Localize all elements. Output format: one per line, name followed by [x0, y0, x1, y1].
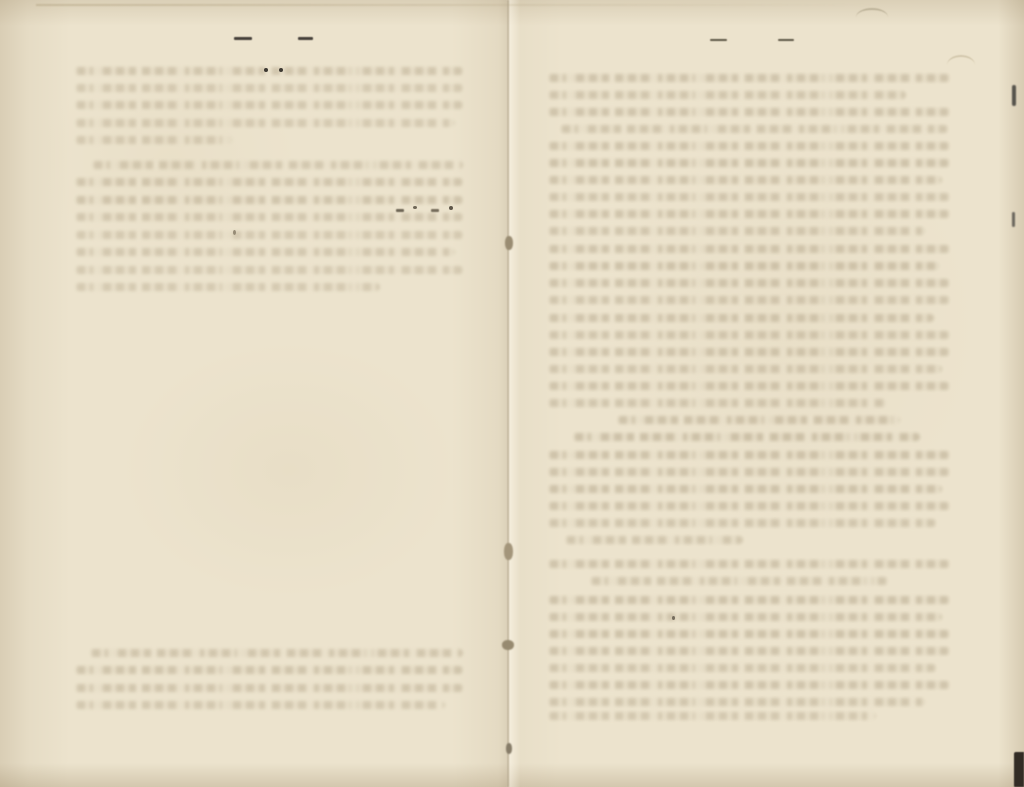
- faded-text-line: [590, 577, 888, 585]
- faded-text-line: [548, 314, 934, 322]
- faded-text-line: [548, 712, 876, 720]
- scan-top-crease: [36, 4, 1024, 6]
- faded-text-line: [548, 451, 950, 459]
- faded-text-line: [617, 416, 900, 424]
- binding-stitch: [502, 640, 514, 650]
- faded-text-line: [548, 630, 950, 638]
- faded-text-line: [548, 365, 942, 373]
- binding-stitch: [504, 543, 513, 560]
- ink-dot: [672, 616, 675, 620]
- edge-artifact: [1014, 752, 1024, 787]
- ink-mark: [396, 209, 404, 212]
- binding-stitch: [505, 236, 513, 250]
- faded-text-line: [548, 647, 950, 655]
- faded-text-line: [548, 159, 950, 167]
- faded-text-line: [548, 502, 950, 510]
- faded-text-line: [548, 245, 950, 253]
- faded-text-line: [573, 433, 920, 441]
- faded-text-line: [548, 296, 950, 304]
- faded-text-line: [548, 108, 950, 116]
- faded-text-line: [565, 536, 743, 544]
- faded-text-line: [548, 596, 950, 604]
- faded-text-line: [548, 279, 950, 287]
- page-number-dash: [298, 37, 313, 40]
- faded-text-line: [548, 348, 950, 356]
- ink-dot: [279, 68, 283, 72]
- faded-text-line: [548, 227, 926, 235]
- faded-text-line: [548, 681, 950, 689]
- edge-artifact: [1012, 212, 1015, 227]
- faded-text-line: [548, 91, 906, 99]
- faded-text-line: [548, 698, 926, 706]
- faded-text-line: [548, 176, 942, 184]
- ink-dot: [413, 206, 417, 209]
- book-scan: [0, 0, 1024, 787]
- ink-dot: [264, 68, 268, 72]
- faded-text-line: [548, 664, 936, 672]
- faded-text-line: [548, 613, 942, 621]
- right-page: [0, 0, 1024, 787]
- faded-text-line: [548, 382, 950, 390]
- edge-artifact: [1012, 85, 1016, 106]
- faded-text-line: [548, 262, 940, 270]
- faded-text-line: [548, 193, 950, 201]
- binding-stitch: [506, 743, 512, 754]
- page-number-dash: [234, 37, 252, 40]
- right-page-number: [734, 33, 774, 47]
- faded-text-line: [548, 485, 942, 493]
- faded-text-line: [548, 560, 950, 568]
- page-number-dash: [710, 39, 727, 41]
- ink-dot: [233, 230, 236, 235]
- faded-text-line: [548, 142, 950, 150]
- faded-text-line: [560, 125, 948, 133]
- page-number-dash: [778, 39, 794, 41]
- faded-text-line: [548, 331, 950, 339]
- ink-dot: [449, 206, 453, 210]
- faded-text-line: [548, 210, 950, 218]
- faded-text-line: [548, 519, 936, 527]
- faded-text-line: [548, 399, 886, 407]
- faded-text-line: [548, 74, 950, 82]
- faded-text-line: [548, 468, 950, 476]
- ink-mark: [431, 209, 439, 212]
